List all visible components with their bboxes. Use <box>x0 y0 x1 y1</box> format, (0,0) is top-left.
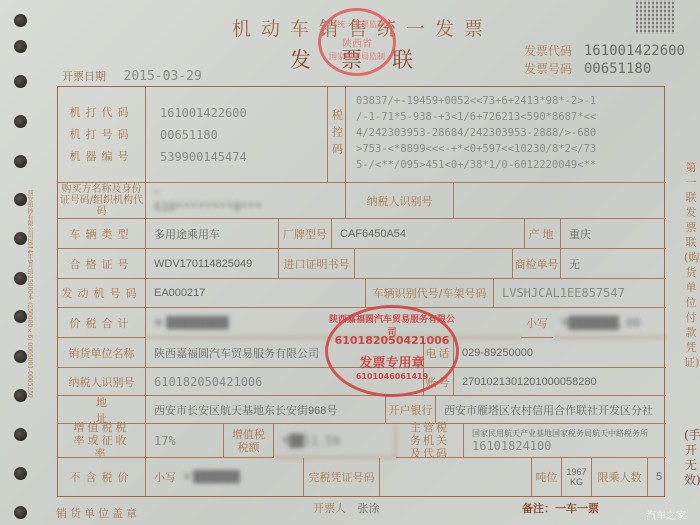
engine-value: EA000217 <box>146 279 366 308</box>
invoice-code-value: 161001422600 <box>576 43 685 59</box>
address-label: 地址 <box>58 396 146 424</box>
invoice-number: 发票号码 00651180 <box>524 60 651 77</box>
seats-value: 5 <box>648 458 666 496</box>
invoice-number-value: 00651180 <box>576 61 651 77</box>
certificate-value: WDV170114825049 <box>146 249 279 279</box>
invoice-form: 机打代码 机打号码 机器编号 161001422600 00651180 539… <box>57 86 665 497</box>
pretax-value: 小写 ¥ ██████ <box>146 458 304 496</box>
machine-device-label: 机器编号 <box>70 146 134 168</box>
seller-name-label: 销货单位名称 <box>58 338 146 368</box>
issuer-label: 开票人 <box>313 502 346 515</box>
account-value: 2701021301201000058280 <box>454 368 666 396</box>
watermark: 汽车之家 <box>646 507 686 522</box>
invoice-code: 发票代码 161001422600 <box>524 42 685 59</box>
import-cert-label: 进口证明书号 <box>279 249 355 279</box>
tax-control-label: 税控码 <box>328 87 346 183</box>
address-value: 西安市长安区航天基地东长安街968号 <box>146 396 386 424</box>
vin-label: 车辆识别代号/车架号码 <box>366 279 494 308</box>
tax-amount-value: ¥██11.59 <box>274 424 396 458</box>
seller-taxpayer-id-label: 纳税人识别号 <box>58 368 146 396</box>
brand-model-value: CAF6450A54 <box>332 219 525 249</box>
brand-model-label: 厂牌型号 <box>279 219 332 249</box>
machine-values: 161001422600 00651180 539900145474 <box>146 87 328 183</box>
machine-number-label: 机打号码 <box>70 124 134 146</box>
buyer-name: * <box>146 188 158 200</box>
import-cert-value <box>355 249 513 279</box>
invoice-code-label: 发票代码 <box>524 44 572 58</box>
phone-value: 029-89250000 <box>454 338 666 368</box>
stamp-text: 发票专用章 <box>328 352 456 371</box>
issue-date-value: 2015-03-29 <box>116 69 202 84</box>
seats-label: 限乘人数 <box>592 458 648 496</box>
seller-invoice-stamp: 陕西嘉福圆汽车贸易服务有限公司 610182050421006 发票专用章 61… <box>325 305 459 397</box>
total-label: 价税合计 <box>58 308 146 338</box>
vehicle-type-value: 多用途乘用车 <box>146 219 279 249</box>
bank-value: 西安市雁塔区农村信用合作联社开发区分社 <box>436 396 666 424</box>
vehicle-type-label: 车辆类型 <box>58 219 146 249</box>
tax-rate-value: 17% <box>146 424 224 458</box>
machine-code-label: 机打代码 <box>70 102 134 124</box>
pretax-amount: ¥ ██████ <box>176 471 240 483</box>
engine-label: 发动机号码 <box>58 279 146 308</box>
stamp-text: 6101046061419 <box>328 372 456 381</box>
issuer: 开票人 张涂 <box>313 500 380 516</box>
printer-note: 西安印钞有限公司2014年9月印25000本 (250000×6) 000500… <box>24 190 34 398</box>
pretax-label: 不含税价 <box>58 458 146 496</box>
inspection-label: 商检单号 <box>513 249 561 279</box>
tax-authority-name: 国家民用航天产业基地国家税务局航天中路税务所 <box>464 428 648 439</box>
buyer-id: 610********0*** <box>146 200 262 214</box>
qr-code <box>636 0 674 34</box>
origin-value: 重庆 <box>561 219 666 249</box>
inspection-value: 无 <box>561 249 666 279</box>
buyer-value: * 610********0*** <box>146 183 346 219</box>
machine-code-value: 161001422600 <box>160 102 247 124</box>
certificate-label: 合格证号 <box>58 249 146 279</box>
stamp-text: 全国统一发票监制章 <box>321 19 393 30</box>
issue-date-label: 开票日期 <box>62 70 106 83</box>
total-lowercase-value: ¥███████.00 <box>553 308 666 338</box>
tax-authority-label: 主管税务机关及代码 <box>396 424 464 458</box>
pretax-prefix: 小写 <box>146 469 176 485</box>
tax-paid-label: 完税凭证号码 <box>304 458 380 496</box>
copy-designation: 第一联发票联(购货单位付款凭证) <box>684 160 698 370</box>
machine-number-value: 00651180 <box>160 124 218 146</box>
issuer-value: 张涂 <box>350 503 380 515</box>
machine-device-value: 539900145474 <box>160 146 247 168</box>
tax-rate-label: 增值税税率或征收率 <box>58 424 146 458</box>
seller-seal-label: 销货单位盖章 <box>56 505 140 521</box>
binder-hole <box>14 40 27 53</box>
tax-amount-label: 增值税税额 <box>224 424 274 458</box>
binder-hole <box>14 428 27 441</box>
stamp-text: 国家税务局监制 <box>321 51 393 62</box>
binder-hole <box>14 75 27 88</box>
tax-authority-value: 国家民用航天产业基地国家税务局航天中路税务所 16101824100 <box>464 424 666 458</box>
invoice-number-label: 发票号码 <box>524 62 572 76</box>
tax-control-code: 03837/+-19459+0052<<73+6+2413*98*-2>-1 /… <box>346 87 666 183</box>
tonnage-value: 1967 KG <box>562 458 592 496</box>
buyer-taxpayer-id-value <box>454 183 666 219</box>
stamp-text: 陕西省 <box>321 35 393 50</box>
tax-authority-code: 16101824100 <box>464 439 551 453</box>
buyer-label: 购买方名称及身份证号码/组织机构代码 <box>58 183 146 219</box>
binder-hole <box>14 115 27 128</box>
stamp-text: 610182050421006 <box>328 334 456 347</box>
supervision-stamp: 全国统一发票监制章 陕西省 国家税务局监制 <box>318 8 396 76</box>
binder-hole <box>14 14 27 27</box>
binder-hole <box>14 155 27 168</box>
binder-hole <box>14 506 27 519</box>
total-lowercase-label: 小写 <box>521 308 553 338</box>
tax-paid-value <box>380 458 532 496</box>
handwritten-invalid-note: (手开无效) <box>684 428 698 488</box>
bank-label: 开户银行 <box>386 396 436 424</box>
tonnage-label: 吨位 <box>532 458 562 496</box>
machine-labels: 机打代码 机打号码 机器编号 <box>58 87 146 183</box>
remark: 备注：一车一票 <box>522 500 599 516</box>
binder-hole <box>14 467 27 480</box>
buyer-taxpayer-id-label: 纳税人识别号 <box>346 183 454 219</box>
origin-label: 产地 <box>525 219 561 249</box>
vin-value: LVSHJCAL1EE857547 <box>494 279 666 308</box>
issue-date: 开票日期 2015-03-29 <box>62 68 202 84</box>
